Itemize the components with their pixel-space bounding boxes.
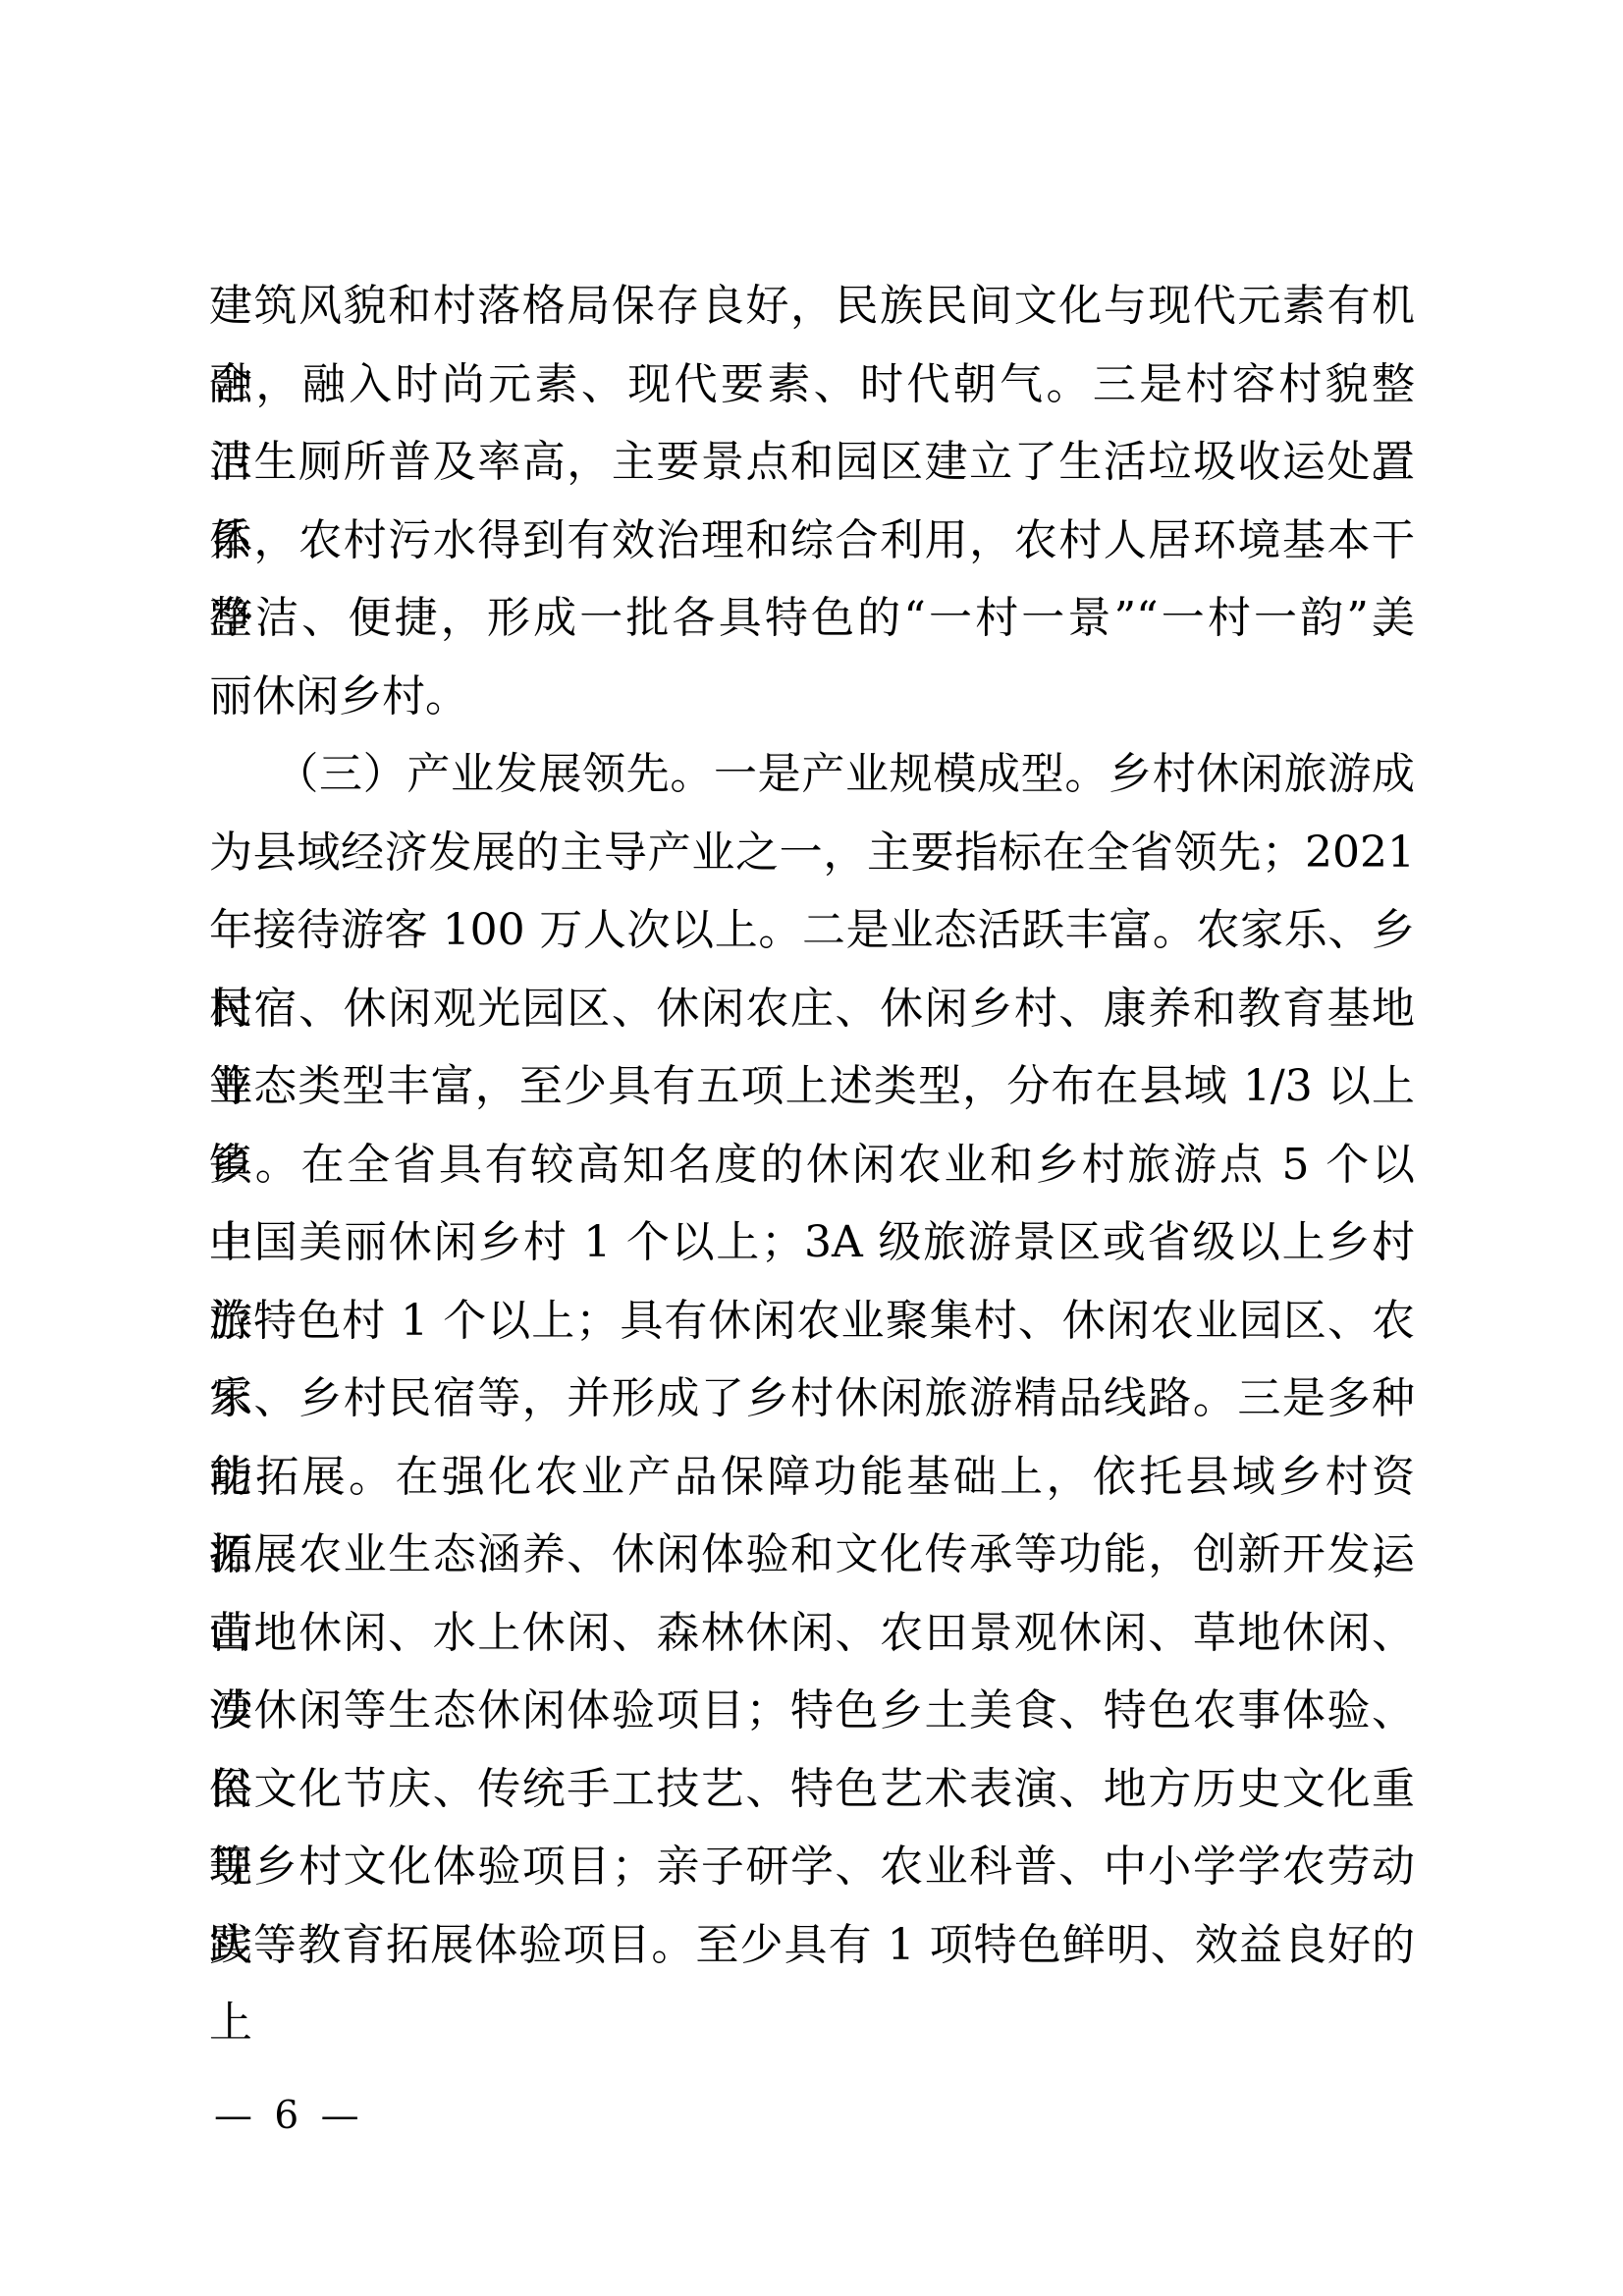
- text-line: 整洁、便捷，形成一批各具特色的“一村一景”“一村一韵”美: [209, 579, 1415, 658]
- paragraph: 建筑风貌和村落格局保存良好，民族民间文化与现代元素有机融 合，融入时尚元素、现代…: [209, 267, 1415, 735]
- text-line: （三）产业发展领先。一是产业规模成型。乡村休闲旅游成: [209, 735, 1415, 814]
- text-line: 中国美丽休闲乡村 1 个以上；3A 级旅游景区或省级以上乡村旅: [209, 1203, 1415, 1282]
- text-block: 建筑风貌和村落格局保存良好，民族民间文化与现代元素有机融 合，融入时尚元素、现代…: [209, 267, 1415, 1984]
- text-line: 系，农村污水得到有效治理和综合利用，农村人居环境基本干净、: [209, 502, 1415, 580]
- text-line: 卫生厕所普及率高，主要景点和园区建立了生活垃圾收运处置体: [209, 423, 1415, 502]
- text-line: 民宿、休闲观光园区、休闲农庄、休闲乡村、康养和教育基地等: [209, 970, 1415, 1048]
- text-line: 漠休闲等生态休闲体验项目；特色乡土美食、特色农事体验、民: [209, 1672, 1415, 1750]
- text-line: 游特色村 1 个以上；具有休闲农业聚集村、休闲农业园区、农家: [209, 1282, 1415, 1361]
- text-line: 能拓展。在强化农业产品保障功能基础上，依托县域乡村资源，: [209, 1438, 1415, 1517]
- text-line: 俗文化节庆、传统手工技艺、特色艺术表演、地方历史文化重现: [209, 1750, 1415, 1829]
- text-line: 为县域经济发展的主导产业之一，主要指标在全省领先；2021: [209, 814, 1415, 892]
- text-line: 镇。在全省具有较高知名度的休闲农业和乡村旅游点 5 个以上、: [209, 1126, 1415, 1204]
- text-line: 合，融入时尚元素、现代要素、时代朝气。三是村容村貌整洁。: [209, 346, 1415, 424]
- text-line: 践等教育拓展体验项目。至少具有 1 项特色鲜明、效益良好的上: [209, 1906, 1415, 1985]
- text-line: 等乡村文化体验项目；亲子研学、农业科普、中小学学农劳动实: [209, 1828, 1415, 1906]
- text-line: 乐、乡村民宿等，并形成了乡村休闲旅游精品线路。三是多种功: [209, 1360, 1415, 1438]
- text-line: 年接待游客 100 万人次以上。二是业态活跃丰富。农家乐、乡村: [209, 891, 1415, 970]
- document-page: 建筑风貌和村落格局保存良好，民族民间文化与现代元素有机融 合，融入时尚元素、现代…: [0, 0, 1623, 2296]
- text-line: 丽休闲乡村。: [209, 658, 1415, 736]
- text-line: 建筑风貌和村落格局保存良好，民族民间文化与现代元素有机融: [209, 267, 1415, 346]
- text-line: 拓展农业生态涵养、休闲体验和文化传承等功能，创新开发运营: [209, 1516, 1415, 1594]
- text-line: 山地休闲、水上休闲、森林休闲、农田景观休闲、草地休闲、沙: [209, 1594, 1415, 1673]
- text-line: 业态类型丰富，至少具有五项上述类型，分布在县域 1/3 以上乡: [209, 1047, 1415, 1126]
- page-number: — 6 —: [214, 2095, 364, 2138]
- paragraph: （三）产业发展领先。一是产业规模成型。乡村休闲旅游成 为县域经济发展的主导产业之…: [209, 735, 1415, 1984]
